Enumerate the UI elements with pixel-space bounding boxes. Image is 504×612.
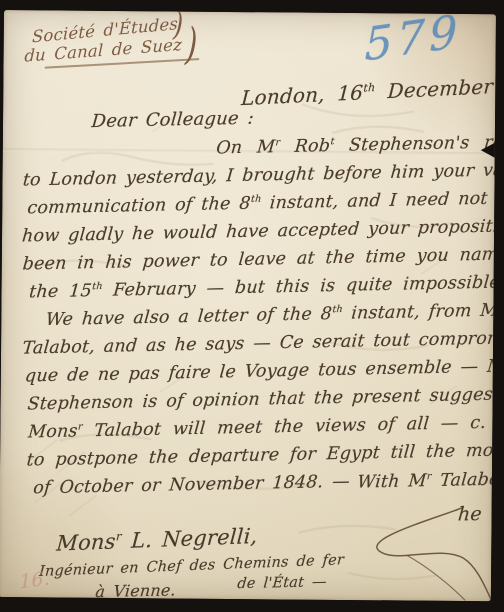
body-line: que de ne pas faire le Voyage tous ensem…	[24, 355, 496, 386]
closing-inline: With Mr Talabot	[356, 469, 496, 492]
body-line: Monsr Talabot will meet the views of all…	[27, 412, 496, 443]
body-line: to postpone the departure for Egypt till…	[26, 440, 496, 470]
body-line: how gladly he would have accepted your p…	[21, 215, 496, 247]
letter-content: Société d'Études du Canal de Suez ) ) 57…	[0, 10, 496, 597]
body-line: Talabot, and as he says — Ce serait tout…	[22, 327, 496, 358]
address-title-2: de l'État —	[237, 574, 328, 592]
letterhead-brace-bottom: )	[184, 17, 198, 72]
dateline: London, 16th December 1847	[241, 71, 496, 110]
salutation: Dear Colleague :	[91, 108, 255, 132]
body-line: been in his power to leave at the time y…	[22, 243, 496, 274]
pencil-note: 16.	[19, 567, 50, 593]
body-line: Stephenson is of opinion that the presen…	[27, 383, 496, 414]
paper-tear-notch	[481, 142, 496, 158]
body-line: We have also a letter of the 8th instant…	[45, 299, 496, 330]
catchword: he	[457, 503, 483, 526]
body-line: communication of the 8th instant, and I …	[27, 187, 496, 218]
archive-number: 579	[364, 10, 461, 72]
letter-paper: Société d'Études du Canal de Suez ) ) 57…	[0, 10, 496, 601]
body-line: to London yesterday, I brought before hi…	[22, 160, 496, 191]
body-line: the 15th February — but this is quite im…	[28, 272, 496, 302]
body-line: of October or November 1848. —	[32, 472, 350, 499]
address-city: à Vienne.	[95, 580, 177, 601]
address-recipient: Monsr L. Negrelli,	[56, 524, 259, 556]
body-line: On Mr Robt Stephenson's return	[215, 132, 496, 159]
letterhead-brace-top: )	[173, 10, 184, 44]
scanner-background: Société d'Études du Canal de Suez ) ) 57…	[0, 0, 504, 612]
